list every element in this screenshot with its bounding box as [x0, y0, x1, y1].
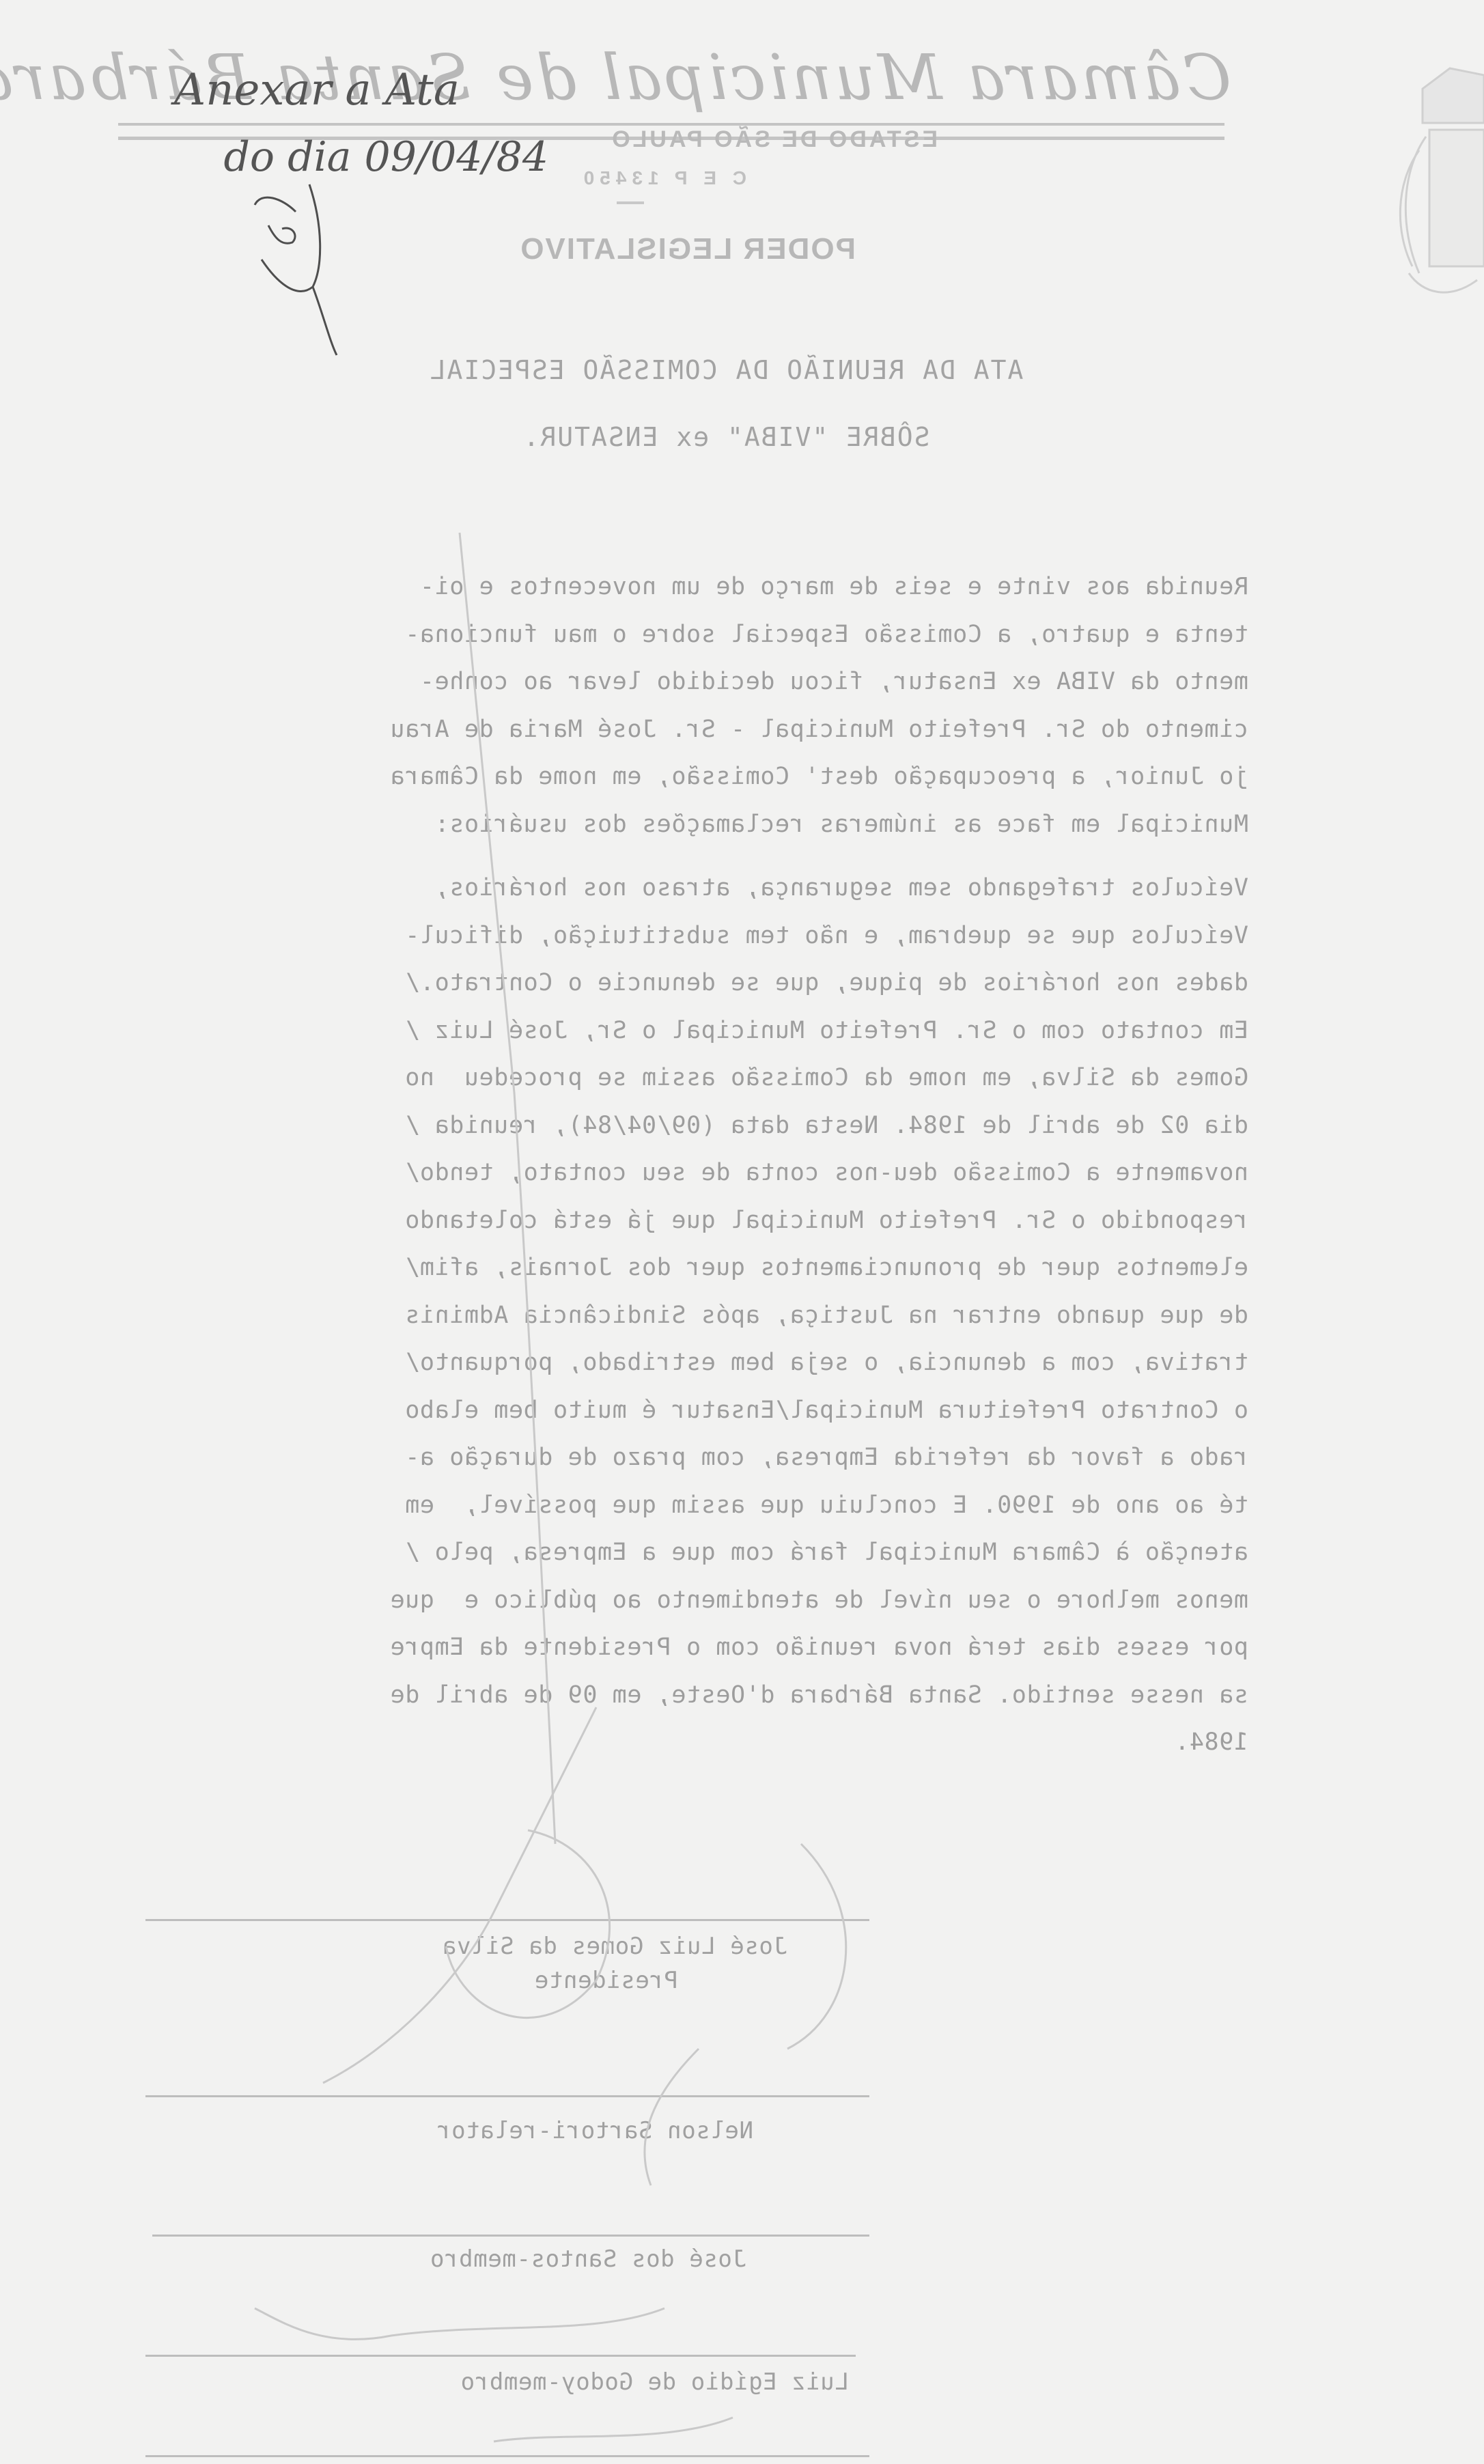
annotation-signature-icon: [255, 184, 337, 355]
signature-strokes: [0, 0, 1484, 2464]
scanned-document-page: Câmara Municipal de Santa Bárbara d'Oest…: [0, 0, 1484, 2464]
